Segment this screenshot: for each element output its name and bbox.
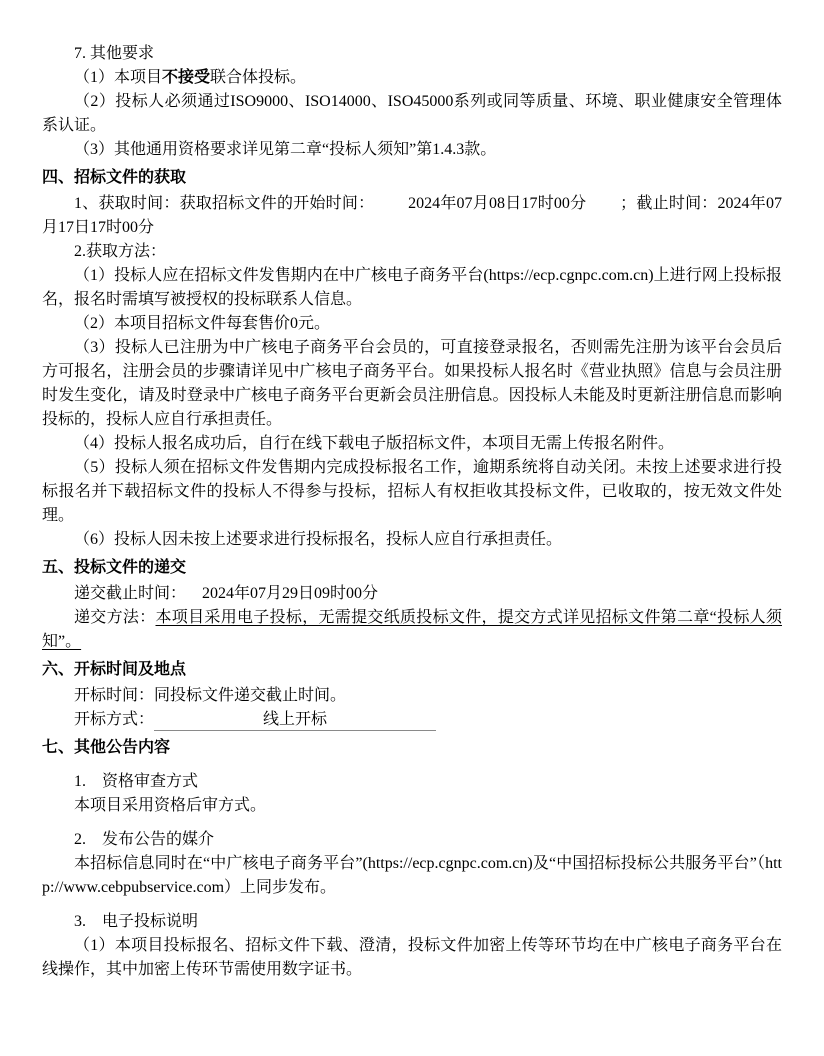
acquisition-method-3: （3）投标人已注册为中广核电子商务平台会员的，可直接登录报名，否则需先注册为该平… — [42, 336, 782, 432]
text-run: 2.获取方法： — [74, 243, 166, 260]
text-run: 递交方法： — [74, 609, 156, 626]
announcement-2-title: 2. 发布公告的媒介 — [42, 828, 782, 852]
text-run: 3. 电子投标说明 — [74, 913, 198, 930]
text-run: 本招标信息同时在“中广核电子商务平台”(https://ecp.cgnpc.co… — [42, 855, 782, 896]
item-7-sub-2: （2）投标人必须通过ISO9000、ISO14000、ISO45000系列或同等… — [42, 90, 782, 138]
acquisition-method-5: （5）投标人须在招标文件发售期内完成投标报名工作，逾期系统将自动关闭。未按上述要… — [42, 456, 782, 528]
text-run: （3）投标人已注册为中广核电子商务平台会员的，可直接登录报名，否则需先注册为该平… — [42, 339, 782, 428]
section-7-heading: 七、其他公告内容 — [42, 736, 782, 760]
text-run: 1. 资格审查方式 — [74, 773, 198, 790]
text-run: （1）投标人应在招标文件发售期内在中广核电子商务平台(https://ecp.c… — [42, 267, 782, 308]
text-run: （2）本项目招标文件每套售价0元。 — [74, 315, 330, 332]
acquisition-method-6: （6）投标人因未按上述要求进行投标报名，投标人应自行承担责任。 — [42, 528, 782, 552]
submission-deadline: 递交截止时间： 2024年07月29日09时00分 — [42, 582, 782, 606]
acquisition-method-title: 2.获取方法： — [42, 240, 782, 264]
section-5-heading: 五、投标文件的递交 — [42, 556, 782, 580]
acquisition-method-4: （4）投标人报名成功后，自行在线下载电子版招标文件，本项目无需上传报名附件。 — [42, 432, 782, 456]
text-run: 开标方式： — [74, 711, 154, 728]
text-run: （2）投标人必须通过ISO9000、ISO14000、ISO45000系列或同等… — [42, 93, 782, 134]
text-run: 六、开标时间及地点 — [42, 661, 186, 678]
item-7-sub-3: （3）其他通用资格要求详见第二章“投标人须知”第1.4.3款。 — [42, 138, 782, 162]
text-run: 五、投标文件的递交 — [42, 559, 186, 576]
announcement-2-body: 本招标信息同时在“中广核电子商务平台”(https://ecp.cgnpc.co… — [42, 852, 782, 900]
announcement-3-title: 3. 电子投标说明 — [42, 910, 782, 934]
announcement-1-body: 本项目采用资格后审方式。 — [42, 794, 782, 818]
document-page: 7. 其他要求（1）本项目不接受联合体投标。（2）投标人必须通过ISO9000、… — [0, 0, 824, 1056]
item-7-other-requirements: 7. 其他要求 — [42, 42, 782, 66]
text-run: （3）其他通用资格要求详见第二章“投标人须知”第1.4.3款。 — [74, 141, 496, 158]
text-run: 7. 其他要求 — [74, 45, 154, 62]
bid-opening-method-field: 线上开标 — [154, 709, 436, 731]
text-run: （5）投标人须在招标文件发售期内完成投标报名工作，逾期系统将自动关闭。未按上述要… — [42, 459, 782, 524]
text-run: 开标时间：同投标文件递交截止时间。 — [74, 687, 346, 704]
acquisition-method-1: （1）投标人应在招标文件发售期内在中广核电子商务平台(https://ecp.c… — [42, 264, 782, 312]
text-run: 四、招标文件的获取 — [42, 169, 186, 186]
bold-emphasis-text: 不接受 — [162, 69, 210, 86]
text-run: （6）投标人因未按上述要求进行投标报名，投标人应自行承担责任。 — [74, 531, 562, 548]
text-run: 本项目采用资格后审方式。 — [74, 797, 266, 814]
announcement-3-body: （1）本项目投标报名、招标文件下载、澄清，投标文件加密上传等环节均在中广核电子商… — [42, 934, 782, 982]
acquisition-time: 1、获取时间：获取招标文件的开始时间： 2024年07月08日17时00分 ；截… — [42, 192, 782, 240]
text-run: 七、其他公告内容 — [42, 739, 170, 756]
submission-method: 递交方法：本项目采用电子投标，无需提交纸质投标文件，提交方式详见招标文件第二章“… — [42, 606, 782, 654]
text-run: （1）本项目 — [74, 69, 162, 86]
text-run: 2. 发布公告的媒介 — [74, 831, 214, 848]
item-7-sub-1: （1）本项目不接受联合体投标。 — [42, 66, 782, 90]
bid-opening-method: 开标方式：线上开标 — [42, 708, 782, 732]
acquisition-method-2: （2）本项目招标文件每套售价0元。 — [42, 312, 782, 336]
text-run: 联合体投标。 — [210, 69, 306, 86]
text-run: 递交截止时间： 2024年07月29日09时00分 — [74, 585, 378, 602]
text-run: （1）本项目投标报名、招标文件下载、澄清，投标文件加密上传等环节均在中广核电子商… — [42, 937, 782, 978]
section-4-heading: 四、招标文件的获取 — [42, 166, 782, 190]
bid-opening-time: 开标时间：同投标文件递交截止时间。 — [42, 684, 782, 708]
text-run: 1、获取时间：获取招标文件的开始时间： 2024年07月08日17时00分 ；截… — [42, 195, 782, 236]
announcement-1-title: 1. 资格审查方式 — [42, 770, 782, 794]
text-run: （4）投标人报名成功后，自行在线下载电子版招标文件，本项目无需上传报名附件。 — [74, 435, 674, 452]
section-6-heading: 六、开标时间及地点 — [42, 658, 782, 682]
